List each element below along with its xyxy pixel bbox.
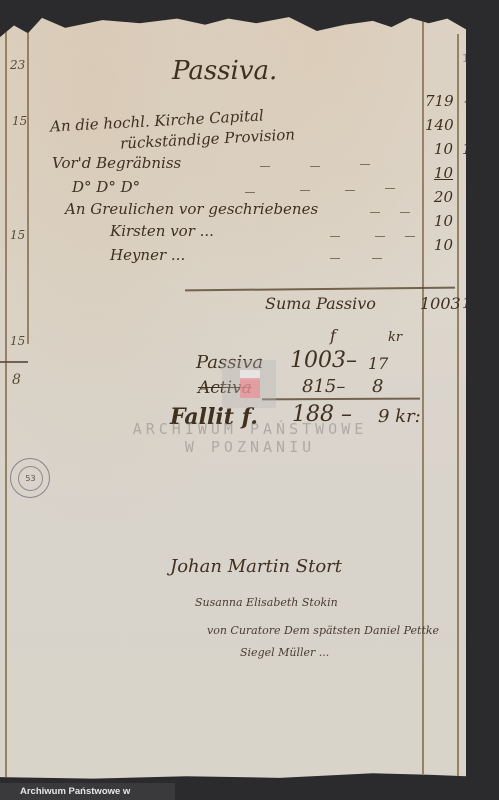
entry-amount-1: 719	[425, 92, 453, 110]
entry-amount-3: 10	[425, 140, 453, 158]
page-title: Passiva.	[172, 56, 277, 86]
signature-1: Johan Martin Stort	[170, 556, 342, 577]
entry-amount-2: 140	[425, 116, 453, 134]
passiva-kreuzer: 17	[368, 354, 388, 373]
top-left-margin-number: 23	[10, 58, 25, 72]
entry-amount-7: 10	[425, 236, 453, 254]
left-edge-rule	[5, 24, 7, 784]
margin-short-rule	[0, 361, 28, 363]
left-margin-lower-2: 8	[12, 372, 21, 388]
entry-amount-5: 20	[425, 188, 453, 206]
summa-rule	[185, 287, 455, 291]
entry-text-8: Heyner ...	[110, 246, 185, 264]
signature-3: von Curatore Dem spätsten Daniel Pettke	[207, 624, 439, 637]
left-margin-rule	[27, 24, 29, 344]
entry-kreuzer-3: 15	[462, 140, 481, 158]
activa-value: 815–	[302, 376, 345, 397]
signature-4: Siegel Müller ...	[240, 646, 329, 659]
entry-text-7: Kirsten vor ...	[110, 222, 214, 240]
entry-kreuzer-1: —	[464, 92, 479, 110]
summa-amount: 1003	[420, 294, 456, 313]
watermark-red-block	[240, 378, 260, 398]
signature-2: Susanna Elisabeth Stokin	[195, 596, 338, 609]
entry-text-5: D° D° D°	[72, 178, 140, 196]
entry-kreuzer-2: 2	[466, 116, 476, 134]
entry-text-4: Vor'd Begräbniss	[52, 154, 181, 172]
kreuzer-column-rule	[457, 34, 459, 784]
entry-amount-4: 10	[425, 164, 453, 182]
balance-rule	[262, 398, 420, 400]
summa-kreuzer: 17	[462, 294, 481, 312]
watermark-line-1: ARCHIWUM PAŃSTWOWE	[105, 420, 395, 438]
stamp-number: 53	[18, 466, 43, 491]
amount-column-rule	[422, 14, 424, 774]
entry-amount-6: 10	[425, 212, 453, 230]
balance-kreuzer-unit: kr	[388, 330, 402, 345]
pencil-page-number: 18	[462, 52, 476, 65]
passiva-value: 1003–	[290, 348, 357, 373]
entry-text-6: An Greulichen vor geschriebenes	[65, 200, 318, 218]
watermark-line-2: W POZNANIU	[105, 438, 395, 456]
left-margin-lower-1: 15	[10, 334, 25, 348]
entry-margin-1: 15	[12, 114, 27, 128]
balance-florin-unit: f	[330, 326, 336, 345]
archive-stamp-icon: 53	[10, 458, 50, 498]
activa-kreuzer: 8	[372, 376, 383, 397]
archive-attribution-label: Archiwum Państwowe w Poznaniu	[0, 783, 175, 800]
summa-label: Suma Passivo	[265, 294, 376, 313]
entry-margin-7: 15	[10, 228, 25, 242]
